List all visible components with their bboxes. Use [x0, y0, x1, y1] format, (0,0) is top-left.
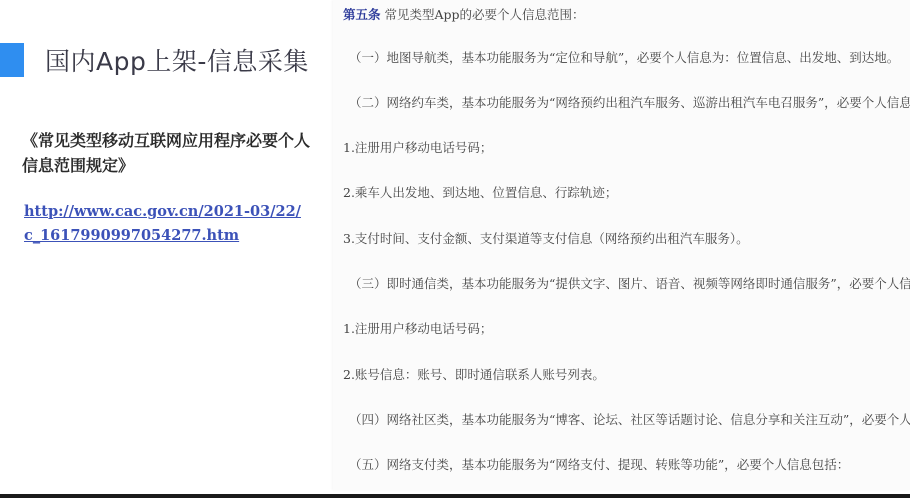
- bottom-border: [0, 494, 910, 498]
- article-line: （四）网络社区类，基本功能服务为“博客、论坛、社区等话题讨论、信息分享和关注互动…: [349, 410, 910, 428]
- article-number: 第五条: [343, 7, 381, 22]
- title-accent-block: [0, 43, 24, 77]
- article-line: 1.注册用户移动电话号码；: [343, 319, 492, 337]
- article-line: （五）网络支付类，基本功能服务为“网络支付、提现、转账等功能”，必要个人信息包括…: [349, 455, 849, 473]
- link-line-2: c_1617990997054277.htm: [24, 224, 324, 248]
- article-line: 2.账号信息：账号、即时通信联系人账号列表。: [343, 365, 605, 383]
- left-panel: 国内App上架-信息采集 《常见类型移动互联网应用程序必要个人信息范围规定》 h…: [0, 0, 330, 494]
- document-title: 《常见类型移动互联网应用程序必要个人信息范围规定》: [22, 128, 322, 178]
- article-line: 1.注册用户移动电话号码；: [343, 138, 492, 156]
- article-screenshot: 第五条 常见类型App的必要个人信息范围： （一）地图导航类，基本功能服务为“定…: [333, 0, 910, 490]
- link-line-1: http://www.cac.gov.cn/2021-03/22/: [24, 200, 324, 224]
- slide-title: 国内App上架-信息采集: [45, 42, 309, 78]
- regulation-link[interactable]: http://www.cac.gov.cn/2021-03/22/ c_1617…: [24, 200, 324, 248]
- article-heading-text: 常见类型App的必要个人信息范围：: [381, 7, 585, 22]
- article-line: （三）即时通信类，基本功能服务为“提供文字、图片、语音、视频等网络即时通信服务”…: [349, 274, 910, 292]
- article-line: 3.支付时间、支付金额、支付渠道等支付信息（网络预约出租汽车服务）。: [343, 229, 749, 247]
- article-line: （二）网络约车类，基本功能服务为“网络预约出租汽车服务、巡游出租汽车电召服务”，…: [349, 93, 910, 111]
- article-line: （一）地图导航类，基本功能服务为“定位和导航”，必要个人信息为：位置信息、出发地…: [349, 48, 899, 66]
- article-line: 2.乘车人出发地、到达地、位置信息、行踪轨迹；: [343, 183, 617, 201]
- slide: 国内App上架-信息采集 《常见类型移动互联网应用程序必要个人信息范围规定》 h…: [0, 0, 910, 494]
- article-heading: 第五条 常见类型App的必要个人信息范围：: [343, 5, 585, 23]
